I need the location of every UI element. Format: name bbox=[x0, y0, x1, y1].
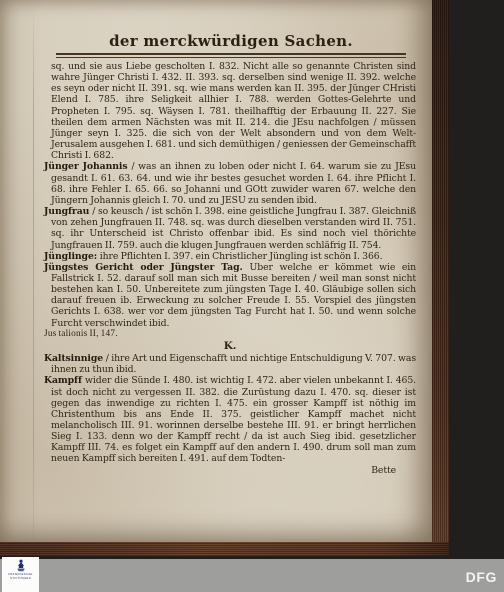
index-entry: Jünglinge: ihre Pflichten I. 397. ein Ch… bbox=[44, 251, 416, 262]
index-entries: sq. und sie aus Liebe gescholten I. 832.… bbox=[44, 61, 416, 465]
index-text-block: sq. und sie aus Liebe gescholten I. 832.… bbox=[44, 61, 416, 476]
index-entry: Kampff wider die Sünde I. 480. ist wicht… bbox=[44, 375, 416, 464]
book-edge-bottom bbox=[0, 542, 449, 556]
entry-headword: Kaltsinnige bbox=[44, 353, 106, 364]
scanned-book-page-view: der merckwürdigen Sachen. sq. und sie au… bbox=[0, 0, 504, 592]
library-logo: FRANCKESCHE STIFTUNGEN bbox=[2, 557, 39, 592]
catchword: Bette bbox=[44, 465, 416, 476]
page-header: der merckwürdigen Sachen. bbox=[44, 33, 418, 58]
entry-headword: Jüngstes Gericht oder Jüngster Tag. bbox=[44, 262, 250, 273]
index-entry: Kaltsinnige / ihre Art und Eigenschafft … bbox=[44, 353, 416, 375]
library-name-line2: STIFTUNGEN bbox=[10, 577, 31, 580]
library-emblem-icon bbox=[15, 559, 27, 573]
index-entry: sq. und sie aus Liebe gescholten I. 832.… bbox=[44, 61, 416, 161]
book-edge-right bbox=[432, 0, 449, 556]
section-letter: K. bbox=[44, 341, 416, 352]
header-rule bbox=[56, 53, 406, 58]
entry-headword: Jünglinge: bbox=[44, 251, 100, 262]
index-entry: Jünger Johannis / was an ihnen zu loben … bbox=[44, 161, 416, 206]
index-entry: Jüngstes Gericht oder Jüngster Tag. Uber… bbox=[44, 262, 416, 329]
dfg-logo: DFG bbox=[466, 570, 497, 584]
page-title: der merckwürdigen Sachen. bbox=[44, 33, 418, 50]
page-crease bbox=[33, 0, 34, 542]
index-entry: Jus talionis II, 147. bbox=[44, 329, 416, 340]
entry-headword: Kampff bbox=[44, 375, 85, 386]
entry-headword: Jünger Johannis bbox=[44, 161, 131, 172]
book-page: der merckwürdigen Sachen. sq. und sie au… bbox=[0, 0, 432, 542]
entry-headword: Jungfrau bbox=[44, 206, 92, 217]
footer-bar: FRANCKESCHE STIFTUNGEN DFG bbox=[0, 559, 504, 592]
index-entry: Jungfrau / so keusch / ist schön I. 398.… bbox=[44, 206, 416, 251]
